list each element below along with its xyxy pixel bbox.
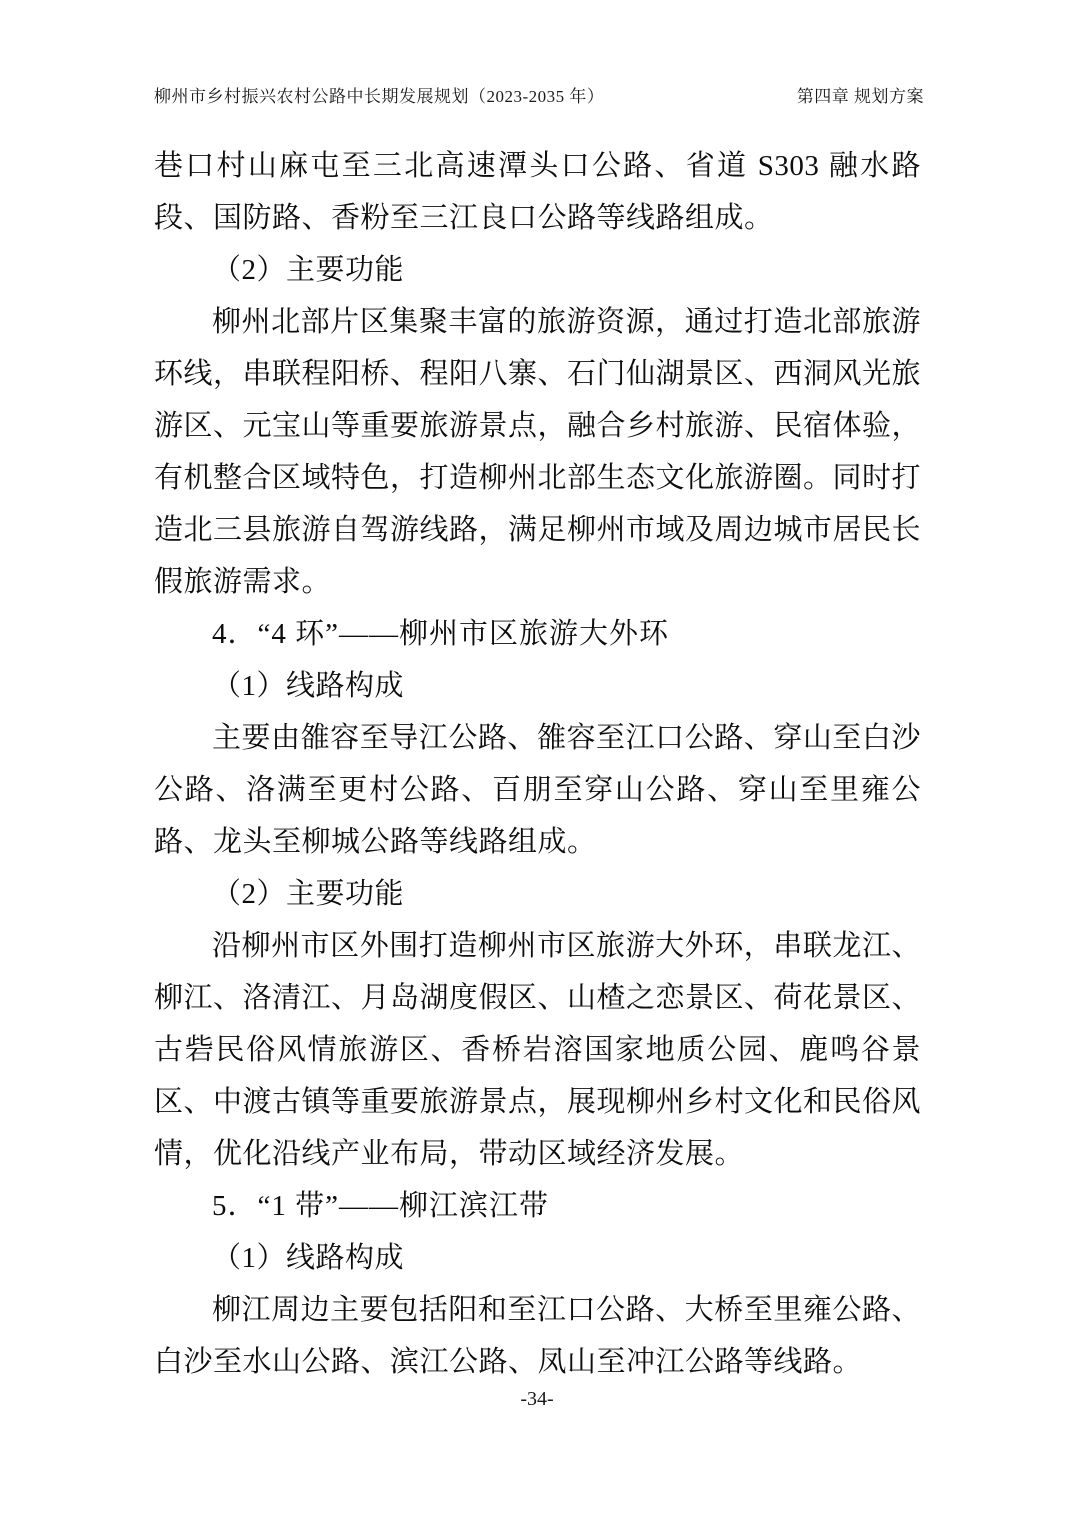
paragraph-ring-routes: 主要由雒容至导江公路、雒容至江口公路、穿山至白沙公路、洛满至更村公路、百朋至穿山… (154, 712, 921, 868)
page-footer: -34- (0, 1388, 1074, 1411)
subheading-main-functions: （2）主要功能 (154, 244, 921, 296)
page-header: 柳州市乡村振兴农村公路中长期发展规划（2023-2035 年） 第四章 规划方案 (154, 82, 924, 107)
paragraph-north-tourism: 柳州北部片区集聚丰富的旅游资源，通过打造北部旅游环线，串联程阳桥、程阳八寨、石门… (154, 296, 921, 608)
paragraph-continuation: 巷口村山麻屯至三北高速潭头口公路、省道 S303 融水路段、国防路、香粉至三江良… (154, 140, 921, 244)
document-page: 柳州市乡村振兴农村公路中长期发展规划（2023-2035 年） 第四章 规划方案… (0, 0, 1074, 1520)
header-doc-title: 柳州市乡村振兴农村公路中长期发展规划（2023-2035 年） (154, 82, 604, 107)
page-number: -34- (520, 1388, 553, 1410)
header-chapter-label: 第四章 规划方案 (797, 82, 924, 107)
section-heading-4-ring: 4．“4 环”——柳州市区旅游大外环 (154, 608, 921, 660)
paragraph-outer-ring-function: 沿柳州市区外围打造柳州市区旅游大外环，串联龙江、柳江、洛清江、月岛湖度假区、山楂… (154, 920, 921, 1180)
subheading-main-functions-2: （2）主要功能 (154, 868, 921, 920)
section-heading-5-belt: 5．“1 带”——柳江滨江带 (154, 1180, 921, 1232)
subheading-route-composition-2: （1）线路构成 (154, 1232, 921, 1284)
paragraph-riverside-routes: 柳江周边主要包括阳和至江口公路、大桥至里雍公路、白沙至水山公路、滨江公路、凤山至… (154, 1284, 921, 1388)
document-body: 巷口村山麻屯至三北高速潭头口公路、省道 S303 融水路段、国防路、香粉至三江良… (154, 140, 921, 1388)
subheading-route-composition: （1）线路构成 (154, 660, 921, 712)
